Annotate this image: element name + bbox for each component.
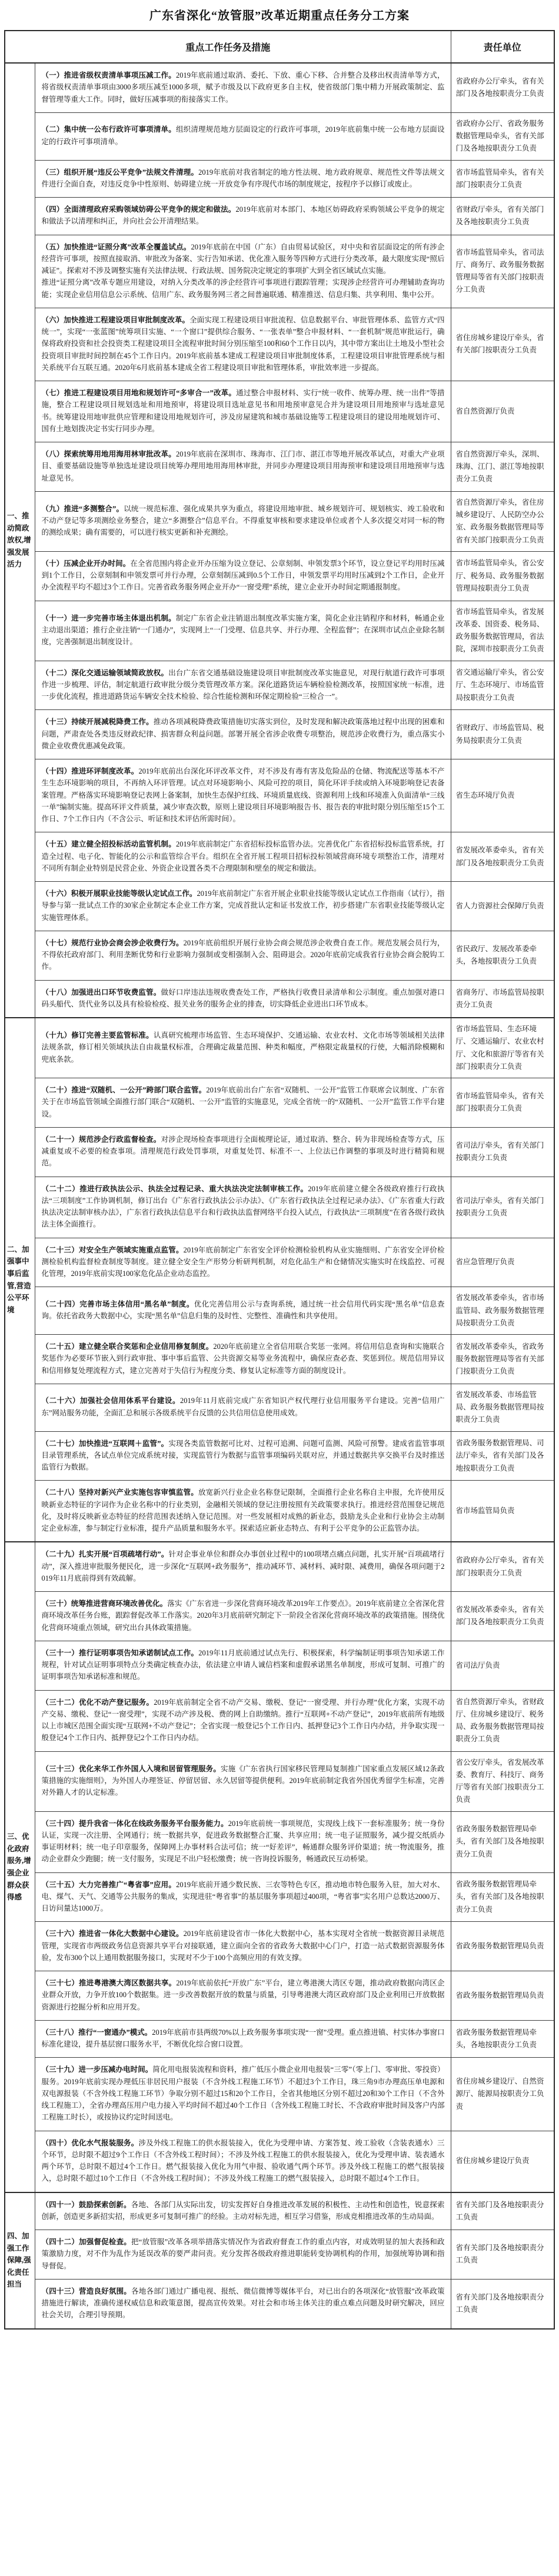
- task-body: 2019年底前出台深化环评改革文件，对不涉及有毒有害及危险品的仓储、物流配送等基…: [41, 767, 444, 823]
- task-lead: （三十七）推进粤港澳大湾区数据共享。: [41, 1979, 176, 1987]
- task-cell: （七）推进工程建设项目用地和规划许可“多审合一”改革。通过整合申报材料、实行“统…: [35, 381, 451, 442]
- task-lead: （十六）积极开展职业技能等级认定试点工作。: [41, 889, 197, 898]
- unit-cell: 省政务服务数据管理局牵头，各地按职责分工负责: [451, 2020, 554, 2058]
- task-lead: （十四）推进环评制度改革。: [41, 767, 138, 775]
- task-lead: （八）探索统筹用地用海用林审批改革。: [41, 450, 175, 458]
- unit-cell: 省公安厅牵头，省发展改革委、教育厅、科技厅、商务厅等省有关部门按职责分工负责: [451, 1751, 554, 1811]
- task-lead: （十三）持续开展减税降费工作。: [41, 718, 153, 726]
- unit-cell: 省有关部门及各地按职责分工负责: [451, 2279, 554, 2328]
- task-lead: （三十五）大力完善推广“粤省事”应用。: [41, 1881, 176, 1889]
- task-lead: （十一）进一步完善市场主体退出机制。: [41, 614, 175, 622]
- task-lead: （二十一）规范涉企行政监督检查。: [41, 1135, 161, 1144]
- task-lead: （三十一）推行证明事项告知承诺制试点工作。: [41, 1649, 198, 1657]
- task-lead: （十九）修订完善主要监管标准。: [41, 1031, 153, 1039]
- unit-cell: 省市场监管局牵头，省司法厅、商务厅、政务服务数据管理局等省有关部门按职责分工负责: [451, 235, 554, 308]
- task-lead: （二十九）扎实开展“百项疏堵行动”。: [41, 1550, 168, 1558]
- unit-cell: 省人力资源社会保障厅负责: [451, 882, 554, 931]
- task-row: （四）全面清理政府采购领域妨碍公平竞争的规定和做法。2019年底前对本部门、本地…: [5, 198, 554, 235]
- task-lead: （三十九）进一步压减办电时间。: [41, 2065, 152, 2074]
- unit-cell: 省政府办公厅、省政务服务数据管理局牵头，省有关部门及各地按职责分工负责: [451, 112, 554, 160]
- task-cell: （一）推进省级权责清单事项压减工作。2019年底前通过取消、委托、下放、重心下移…: [35, 63, 451, 112]
- task-cell: （四十一）鼓励探索创新。各地、各部门从实际出发，切实发挥好自身推进改革发展的积极…: [35, 2192, 451, 2230]
- task-lead: （二十五）建立健全联合奖惩和企业信用修复制度。: [41, 1342, 213, 1351]
- task-cell: （十九）修订完善主要监管标准。认真研究梳理市场监管、生态环境保护、交通运输、农业…: [35, 1018, 451, 1078]
- unit-cell: 省司法厅负责: [451, 1641, 554, 1690]
- table-header: 重点工作任务及措施 责任单位: [5, 31, 554, 63]
- unit-cell: 省自然资源厅牵头，省住房城乡建设厅、人民防空办公室、政务服务数据管理局等省有关部…: [451, 491, 554, 551]
- task-table-body: 一、推动简政放权,增强发展活力（一）推进省级权责清单事项压减工作。2019年底前…: [5, 63, 554, 2329]
- task-row: （三十八）推行“一窗通办”模式。2019年底前市县两级70%以上政务服务事项实现…: [5, 2020, 554, 2058]
- task-cell: （十）压减企业开办时间。在全省范围内将企业开办压缩为设立登记、公章刻制、申领发票…: [35, 551, 451, 601]
- unit-cell: 省自然资源厅牵头，深圳、珠海、江门、湛江等地按职责分工负责: [451, 442, 554, 492]
- task-body: 全面实现工程建设项目审批流程、信息数据平台、审批管理体系、监管方式“四统一”，实…: [41, 316, 444, 372]
- unit-cell: 省自然资源厅牵头，省财政厅、住房城乡建设厅、税务局、政务服务数据管理局按职责分工…: [451, 1690, 554, 1751]
- task-cell: （四十三）营造良好氛围。各地各部门通过广播电视、报纸、微信微博等媒体平台，对已出…: [35, 2279, 451, 2328]
- task-cell: （十三）持续开展减税降费工作。推动各项减税降费政策措施切实落实到位，及时发现和解…: [35, 710, 451, 759]
- task-lead: （三十八）推行“一窗通办”模式。: [41, 2028, 152, 2037]
- unit-cell: 省市场监管局牵头，省有关部门按职责分工负责: [451, 160, 554, 198]
- task-lead: （二）集中统一公布行政许可事项清单。: [41, 125, 175, 134]
- unit-cell: 省民政厅、发展改革委牵头，各地按职责分工负责: [451, 931, 554, 980]
- section-label: 三、优化政府服务,增强企业群众获得感: [5, 1542, 35, 2192]
- task-row: 三、优化政府服务,增强企业群众获得感（二十九）扎实开展“百项疏堵行动”。针对企事…: [5, 1542, 554, 1591]
- unit-cell: 省住房城乡建设厅、自然资源厅、能源局按职责分工负责: [451, 2058, 554, 2131]
- task-lead: （二十）推进“双随机、一公开”跨部门联合监管。: [41, 1086, 206, 1094]
- task-body: 简化用电报装流程和资料，推广低压小微企业用电报装“三零”（零上门、零审批、零投资…: [41, 2065, 444, 2121]
- task-cell: （十六）积极开展职业技能等级认定试点工作。2019年底前制定广东省开展企业职业技…: [35, 882, 451, 931]
- task-cell: （九）推进“多测整合”。以统一规范标准、强化成果共享为重点，将建设用地审批、城乡…: [35, 491, 451, 551]
- task-lead: （十二）深化交通运输领域简政放权。: [41, 669, 168, 677]
- task-cell: （三十三）优化来华工作外国人入境和居留管理服务。实施《广东省执行国家移民管理局复…: [35, 1751, 451, 1811]
- task-row: （三十二）优化不动产登记服务。2019年底前制定全省不动产交易、缴税、登记“一窗…: [5, 1690, 554, 1751]
- unit-cell: 省有关部门及各地按职责分工负责: [451, 2192, 554, 2230]
- task-lead: （二十二）推进行政执法公示、执法全过程记录、重大执法决定法制审核工作。: [41, 1185, 308, 1193]
- task-row: （二十三）对安全生产领域实施重点监管。2019年底前制定广东省安全评价检测检验机…: [5, 1238, 554, 1287]
- task-lead: （七）推进工程建设项目用地和规划许可“多审合一”改革。: [41, 389, 236, 397]
- section-label: 一、推动简政放权,增强发展活力: [5, 63, 35, 1018]
- unit-cell: 省生态环境厅负责: [451, 759, 554, 832]
- unit-cell: 省政府办公厅牵头，省有关部门按职责分工负责: [451, 1542, 554, 1591]
- unit-cell: 省政务服务数据管理局负责: [451, 1971, 554, 2021]
- task-row: （二十五）建立健全联合奖惩和企业信用修复制度。2020年底前建立全省信用联合奖惩…: [5, 1335, 554, 1384]
- task-lead: （四十二）加强督促检查。: [41, 2238, 131, 2246]
- task-cell: （二十九）扎实开展“百项疏堵行动”。针对企事业单位和群众办事创业过程中的100项…: [35, 1542, 451, 1591]
- task-cell: （十七）规范行业协会商会涉企收费行为。2019年底前组织开展行业协会商会规范涉企…: [35, 931, 451, 980]
- task-cell: （三十四）提升我省一体化在线政务服务平台服务能力。2019年底前统一事项规范，实…: [35, 1811, 451, 1872]
- task-row: （二十四）完善市场主体信用“黑名单”制度。优化完善信用公示与查询系统，通过统一社…: [5, 1287, 554, 1335]
- task-cell: （十一）进一步完善市场主体退出机制。制定广东省企业注销退出制度改革实施方案，简化…: [35, 601, 451, 661]
- task-row: （九）推进“多测整合”。以统一规范标准、强化成果共享为重点，将建设用地审批、城乡…: [5, 491, 554, 551]
- unit-cell: 省市场监管局负责: [451, 1481, 554, 1542]
- task-row: （二十）推进“双随机、一公开”跨部门联合监管。2019年底前出台广东省“双随机、…: [5, 1078, 554, 1128]
- task-cell: （三十七）推进粤港澳大湾区数据共享。2019年底前依托“开放广东”平台，建立粤港…: [35, 1971, 451, 2021]
- unit-cell: 省市场监管局牵头，省有关部门按职责分工负责: [451, 1078, 554, 1128]
- task-lead: （二十六）加强社会信用体系平台建设。: [41, 1397, 180, 1405]
- task-cell: （四十二）加强督促检查。把“放管服”改革各项举措落实情况作为省政府督查工作的重点…: [35, 2230, 451, 2280]
- task-lead: （三十）统筹推进营商环境改善优化。: [41, 1599, 167, 1608]
- task-row: （二十一）规范涉企行政监督检查。对涉企现场检查事项进行全面梳理论证，通过取消、整…: [5, 1127, 554, 1177]
- unit-cell: 省政务服务数据管理局牵头，省有关部门及各地按职责分工负责: [451, 1872, 554, 1922]
- task-lead: （三）组织开展“违反公平竞争”法规文件清理。: [41, 168, 198, 176]
- unit-cell: 省交通运输厅牵头，省公安厅、生态环境厅、市场监管局按职责分工负责: [451, 661, 554, 710]
- task-cell: （十二）深化交通运输领域简政放权。出台广东省交通基础设施建设项目审批制度改革实施…: [35, 661, 451, 710]
- task-cell: （二十八）坚持对新兴产业实施包容审慎监管。放宽新兴行业企业名称登记限制，全面推行…: [35, 1481, 451, 1542]
- task-row: （三十四）提升我省一体化在线政务服务平台服务能力。2019年底前统一事项规范，实…: [5, 1811, 554, 1872]
- unit-cell: 省政务服务数据管理局、司法厅牵头，省有关部门及各地按职责分工负责: [451, 1431, 554, 1481]
- task-row: （三十）统筹推进营商环境改善优化。落实《广东省进一步深化营商环境改革2019年工…: [5, 1592, 554, 1641]
- task-lead: （五）加快推进“证照分离”改革全覆盖试点。: [41, 243, 191, 251]
- task-row: （十二）深化交通运输领域简政放权。出台广东省交通基础设施建设项目审批制度改革实施…: [5, 661, 554, 710]
- task-row: （十八）加强进出口环节收费监管。做好口岸违法违规收费查处工作，严格执行收费目录清…: [5, 980, 554, 1018]
- task-row: （二）集中统一公布行政许可事项清单。组织清理规范地方层面设定的行政许可事项，20…: [5, 112, 554, 160]
- task-row: （四十三）营造良好氛围。各地各部门通过广播电视、报纸、微信微博等媒体平台，对已出…: [5, 2279, 554, 2328]
- task-lead: （二十四）完善市场主体信用“黑名单”制度。: [41, 1300, 194, 1308]
- task-lead: （三十四）提升我省一体化在线政务服务平台服务能力。: [41, 1819, 228, 1828]
- task-lead: （一）推进省级权责清单事项压减工作。: [41, 71, 175, 79]
- task-cell: （四）全面清理政府采购领域妨碍公平竞争的规定和做法。2019年底前对本部门、本地…: [35, 198, 451, 235]
- task-lead: （九）推进“多测整合”。: [41, 505, 124, 513]
- task-row: （十七）规范行业协会商会涉企收费行为。2019年底前组织开展行业协会商会规范涉企…: [5, 931, 554, 980]
- task-cell: （三十八）推行“一窗通办”模式。2019年底前市县两级70%以上政务服务事项实现…: [35, 2020, 451, 2058]
- task-cell: （三十二）优化不动产登记服务。2019年底前制定全省不动产交易、缴税、登记“一窗…: [35, 1690, 451, 1751]
- task-cell: （五）加快推进“证照分离”改革全覆盖试点。2019年底前在中国（广东）自由贸易试…: [35, 235, 451, 308]
- task-cell: （三十）统筹推进营商环境改善优化。落实《广东省进一步深化营商环境改革2019年工…: [35, 1592, 451, 1641]
- task-lead: （十七）规范行业协会商会涉企收费行为。: [41, 939, 183, 947]
- task-row: （三十九）进一步压减办电时间。简化用电报装流程和资料，推广低压小微企业用电报装“…: [5, 2058, 554, 2131]
- task-cell: （二十五）建立健全联合奖惩和企业信用修复制度。2020年底前建立全省信用联合奖惩…: [35, 1335, 451, 1384]
- task-row: （四十二）加强督促检查。把“放管服”改革各项举措落实情况作为省政府督查工作的重点…: [5, 2230, 554, 2280]
- task-row: （三十六）推进省一体化大数据中心建设。2019年底前建设省市一体化大数据中心，基…: [5, 1922, 554, 1971]
- task-lead: （十五）建立健全招投标活动监管机制。: [41, 840, 175, 848]
- task-cell: （二十）推进“双随机、一公开”跨部门联合监管。2019年底前出台广东省“双随机、…: [35, 1078, 451, 1128]
- task-row: （十）压减企业开办时间。在全省范围内将企业开办压缩为设立登记、公章刻制、申领发票…: [5, 551, 554, 601]
- unit-cell: 省政府办公厅牵头，省有关部门及各地按职责分工负责: [451, 63, 554, 112]
- task-row: （十四）推进环评制度改革。2019年底前出台深化环评改革文件，对不涉及有毒有害及…: [5, 759, 554, 832]
- task-cell: （二十一）规范涉企行政监督检查。对涉企现场检查事项进行全面梳理论证，通过取消、整…: [35, 1127, 451, 1177]
- unit-cell: 省市场监管局、生态环境厅、交通运输厅、农业农村厅、文化和旅游厅等省有关部门按职责…: [451, 1018, 554, 1078]
- column-header-task: 重点工作任务及措施: [5, 31, 451, 63]
- task-row: （三十一）推行证明事项告知承诺制试点工作。2019年11月底前通过试点先行、积极…: [5, 1641, 554, 1690]
- task-cell: （二十二）推进行政执法公示、执法全过程记录、重大执法决定法制审核工作。2019年…: [35, 1177, 451, 1238]
- task-row: （六）加快推进工程建设项目审批制度改革。全面实现工程建设项目审批流程、信息数据平…: [5, 308, 554, 381]
- task-row: （三十七）推进粤港澳大湾区数据共享。2019年底前依托“开放广东”平台，建立粤港…: [5, 1971, 554, 2021]
- task-cell: （三十九）进一步压减办电时间。简化用电报装流程和资料，推广低压小微企业用电报装“…: [35, 2058, 451, 2131]
- unit-cell: 省市场监管局牵头，省公安厅、税务局、政务服务数据管理局按职责分工负责: [451, 551, 554, 601]
- document-page: 广东省深化“放管服”改革近期重点任务分工方案 重点工作任务及措施 责任单位 一、…: [0, 6, 559, 2330]
- unit-cell: 省发展改革委牵头，省有关部门及各地按职责分工负责: [451, 1592, 554, 1641]
- unit-cell: 省发展改革委牵头，省市场监管局、政务服务数据管理局按职责分工负责: [451, 1287, 554, 1335]
- unit-cell: 省发展改革委牵头，省政务服务数据管理局等省有关部门按职责分工负责: [451, 1335, 554, 1384]
- task-lead: （十八）加强进出口环节收费监管。: [41, 988, 161, 997]
- task-cell: （二十七）加快推进“互联网＋监管”。实现各类监管数据可比对、过程可追溯、问题可监…: [35, 1431, 451, 1481]
- unit-cell: 省市场监管局牵头，省发展改革委、国资委、税务局、政务服务数据管理局，省法院，深圳…: [451, 601, 554, 661]
- task-row: （二十二）推进行政执法公示、执法全过程记录、重大执法决定法制审核工作。2019年…: [5, 1177, 554, 1238]
- task-lead: （四十）优化水气报装服务。: [41, 2139, 138, 2147]
- task-lead: （三十二）优化不动产登记服务。: [41, 1698, 154, 1707]
- task-row: （八）探索统筹用地用海用林审批改革。2019年底前在深圳市、珠海市、江门市、湛江…: [5, 442, 554, 492]
- task-row: 四、加强工作保障,强化责任担当（四十一）鼓励探索创新。各地、各部门从实际出发，切…: [5, 2192, 554, 2230]
- task-row: （十五）建立健全招投标活动监管机制。2019年底前制定广东省招标投标监管办法。完…: [5, 832, 554, 882]
- page-title: 广东省深化“放管服”改革近期重点任务分工方案: [0, 6, 559, 23]
- task-cell: （八）探索统筹用地用海用林审批改革。2019年底前在深圳市、珠海市、江门市、湛江…: [35, 442, 451, 492]
- section-label: 二、加强事中事后监管,营造公平环境: [5, 1018, 35, 1542]
- task-row: （五）加快推进“证照分离”改革全覆盖试点。2019年底前在中国（广东）自由贸易试…: [5, 235, 554, 308]
- task-cell: （二十四）完善市场主体信用“黑名单”制度。优化完善信用公示与查询系统，通过统一社…: [35, 1287, 451, 1335]
- task-lead: （二十七）加快推进“互联网＋监管”。: [41, 1439, 168, 1448]
- unit-cell: 省自然资源厅负责: [451, 381, 554, 442]
- task-row: （三）组织开展“违反公平竞争”法规文件清理。2019年底前对我省制定的地方性法规…: [5, 160, 554, 198]
- task-cell: （十五）建立健全招投标活动监管机制。2019年底前制定广东省招标投标监管办法。完…: [35, 832, 451, 882]
- unit-cell: 省政务服务数据管理局牵头，省有关部门及各地按职责分工负责: [451, 1811, 554, 1872]
- unit-cell: 省司法厅牵头，省有关部门按职责分工负责: [451, 1177, 554, 1238]
- task-lead: （三十六）推进省一体化大数据中心建设。: [41, 1929, 183, 1938]
- task-cell: （三）组织开展“违反公平竞争”法规文件清理。2019年底前对我省制定的地方性法规…: [35, 160, 451, 198]
- task-lead: （三十三）优化来华工作外国人入境和居留管理服务。: [41, 1765, 221, 1773]
- task-cell: （二）集中统一公布行政许可事项清单。组织清理规范地方层面设定的行政许可事项，20…: [35, 112, 451, 160]
- column-header-unit: 责任单位: [451, 31, 554, 63]
- task-cell: （十八）加强进出口环节收费监管。做好口岸违法违规收费查处工作，严格执行收费目录清…: [35, 980, 451, 1018]
- unit-cell: 省有关部门及各地按职责分工负责: [451, 2230, 554, 2280]
- unit-cell: 省发展改革委牵头，省有关部门及各地按职责分工负责: [451, 832, 554, 882]
- task-lead: （四）全面清理政府采购领域妨碍公平竞争的规定和做法。: [41, 205, 235, 214]
- unit-cell: 省财政厅牵头，省有关部门及各地按职责分工负责: [451, 198, 554, 235]
- task-row: （二十八）坚持对新兴产业实施包容审慎监管。放宽新兴行业企业名称登记限制，全面推行…: [5, 1481, 554, 1542]
- task-cell: （三十一）推行证明事项告知承诺制试点工作。2019年11月底前通过试点先行、积极…: [35, 1641, 451, 1690]
- task-row: （十六）积极开展职业技能等级认定试点工作。2019年底前制定广东省开展企业职业技…: [5, 882, 554, 931]
- task-row: 一、推动简政放权,增强发展活力（一）推进省级权责清单事项压减工作。2019年底前…: [5, 63, 554, 112]
- unit-cell: 省住房城乡建设厅牵头，省有关部门按职责分工负责: [451, 308, 554, 381]
- section-label: 四、加强工作保障,强化责任担当: [5, 2192, 35, 2329]
- task-cell: （三十六）推进省一体化大数据中心建设。2019年底前建设省市一体化大数据中心，基…: [35, 1922, 451, 1971]
- task-cell: （十四）推进环评制度改革。2019年底前出台深化环评改革文件，对不涉及有毒有害及…: [35, 759, 451, 832]
- task-row: （四十）优化水气报装服务。涉及外线工程施工的供水报装接入，优化为受理申请、方案答…: [5, 2131, 554, 2192]
- unit-cell: 省司法厅牵头，省有关部门按职责分工负责: [451, 1127, 554, 1177]
- unit-cell: 省应急管理厅负责: [451, 1238, 554, 1287]
- unit-cell: 省政务服务数据管理局负责: [451, 1922, 554, 1971]
- task-row: （十三）持续开展减税降费工作。推动各项减税降费政策措施切实落实到位，及时发现和解…: [5, 710, 554, 759]
- task-row: （三十五）大力完善推广“粤省事”应用。2019年底前开通少数民族、三农等特色专区…: [5, 1872, 554, 1922]
- task-lead: （四十三）营造良好氛围。: [41, 2287, 131, 2295]
- task-cell: （三十五）大力完善推广“粤省事”应用。2019年底前开通少数民族、三农等特色专区…: [35, 1872, 451, 1922]
- unit-cell: 省商务厅、市场监管局按职责分工负责: [451, 980, 554, 1018]
- task-lead: （二十三）对安全生产领域实施重点监管。: [41, 1246, 183, 1254]
- task-cell: （二十三）对安全生产领域实施重点监管。2019年底前制定广东省安全评价检测检验机…: [35, 1238, 451, 1287]
- task-lead: （四十一）鼓励探索创新。: [41, 2201, 131, 2209]
- unit-cell: 省发展改革委、市场监管局、政务服务数据管理局按职责分工负责: [451, 1384, 554, 1431]
- task-row: （三十三）优化来华工作外国人入境和居留管理服务。实施《广东省执行国家移民管理局复…: [5, 1751, 554, 1811]
- task-lead: （二十八）坚持对新兴产业实施包容审慎监管。: [41, 1488, 198, 1497]
- task-table: 重点工作任务及措施 责任单位 一、推动简政放权,增强发展活力（一）推进省级权责清…: [4, 30, 555, 2330]
- task-row: （二十七）加快推进“互联网＋监管”。实现各类监管数据可比对、过程可追溯、问题可监…: [5, 1431, 554, 1481]
- unit-cell: 省财政厅、市场监管局、税务局按职责分工负责: [451, 710, 554, 759]
- task-row: （二十六）加强社会信用体系平台建设。2019年11月底前完成广东省知识产权代理行…: [5, 1384, 554, 1431]
- task-row: （七）推进工程建设项目用地和规划许可“多审合一”改革。通过整合申报材料、实行“统…: [5, 381, 554, 442]
- task-row: （十一）进一步完善市场主体退出机制。制定广东省企业注销退出制度改革实施方案，简化…: [5, 601, 554, 661]
- task-lead: （六）加快推进工程建设项目审批制度改革。: [41, 316, 189, 324]
- task-cell: （二十六）加强社会信用体系平台建设。2019年11月底前完成广东省知识产权代理行…: [35, 1384, 451, 1431]
- task-row: 二、加强事中事后监管,营造公平环境（十九）修订完善主要监管标准。认真研究梳理市场…: [5, 1018, 554, 1078]
- task-cell: （四十）优化水气报装服务。涉及外线工程施工的供水报装接入，优化为受理申请、方案答…: [35, 2131, 451, 2192]
- unit-cell: 省住房城乡建设厅负责: [451, 2131, 554, 2192]
- task-lead: （十）压减企业开办时间。: [41, 559, 130, 568]
- task-cell: （六）加快推进工程建设项目审批制度改革。全面实现工程建设项目审批流程、信息数据平…: [35, 308, 451, 381]
